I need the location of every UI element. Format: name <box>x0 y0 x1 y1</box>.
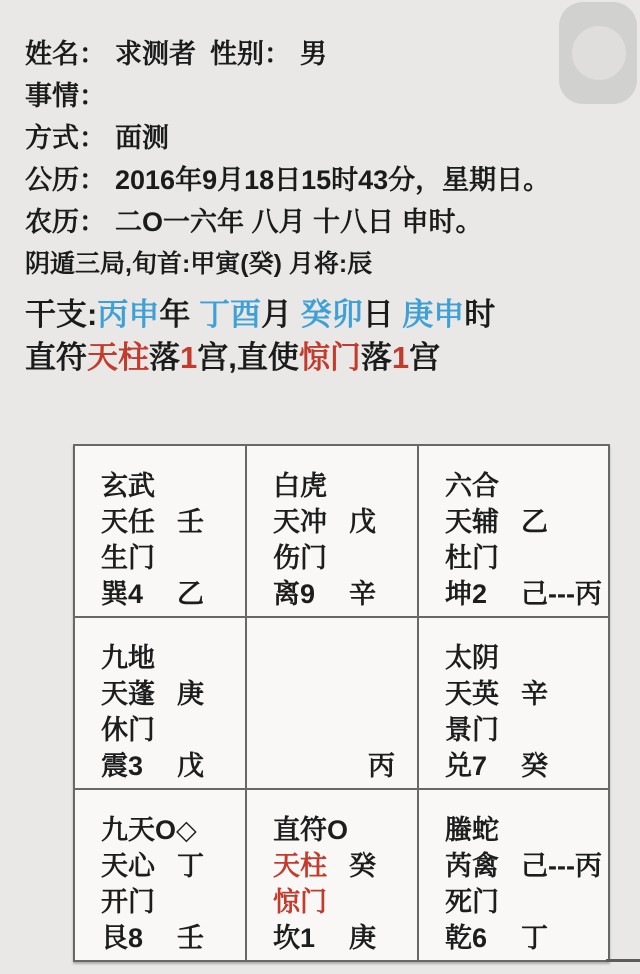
gender-value: 男 <box>300 39 327 69</box>
method-label: 方式： <box>25 123 106 153</box>
day-suffix: 日 <box>363 297 403 332</box>
door-name: 景门 <box>445 712 602 748</box>
center-palace-stem: 丙 <box>368 748 395 784</box>
zhifu-text-2: 落 <box>149 340 180 375</box>
palace-stem: 乙 <box>177 576 204 612</box>
star-name-highlighted: 天柱 <box>273 848 349 884</box>
palace-name: 巽4 <box>101 576 177 612</box>
palace-stem: 庚 <box>349 920 376 956</box>
star-name: 芮禽 <box>445 848 521 884</box>
zhifu-text-1: 直符 <box>25 340 87 375</box>
qimen-chart-page: 姓名：求测者性别：男 事情： 方式：面测 公历：2016年9月18日15时43分… <box>0 0 640 974</box>
palace-name: 震3 <box>101 748 177 784</box>
zhifu-text-3: 宫,直使 <box>197 340 299 375</box>
star-line: 天蓬庚 <box>101 676 239 712</box>
case-info-block: 姓名：求测者性别：男 事情： 方式：面测 公历：2016年9月18日15时43分… <box>25 33 550 285</box>
star-line: 芮禽己---丙 <box>445 848 602 884</box>
palace-line: 坎1庚 <box>273 920 411 956</box>
palace-name: 乾6 <box>445 920 521 956</box>
camera-watermark-lens-icon <box>572 26 626 80</box>
door-name-highlighted: 惊门 <box>273 884 411 920</box>
palace-line: 巽4乙 <box>101 576 239 612</box>
zhishi-palace-number: 1 <box>392 340 409 375</box>
star-line: 天冲戊 <box>273 504 411 540</box>
star-stem: 癸 <box>349 848 376 884</box>
palace-line: 坤2己---丙 <box>445 576 602 612</box>
palace-line: 乾6丁 <box>445 920 602 956</box>
hour-suffix: 时 <box>464 297 495 332</box>
qimen-nine-palace-grid: 玄武 天任壬 生门 巽4乙 白虎 天冲戊 伤门 离9辛 六合 天辅乙 杜门 坤2… <box>73 444 610 962</box>
month-pillar: 丁酉 <box>199 297 261 332</box>
palace-name: 兑7 <box>445 748 521 784</box>
god-name: 玄武 <box>101 468 239 504</box>
lunar-value: 二O一六年 八月 十八日 申时。 <box>115 207 483 237</box>
star-line: 天心丁 <box>101 848 239 884</box>
palace-stem: 辛 <box>349 576 376 612</box>
palace-cell-kan1-zhifu: 直符O 天柱癸 惊门 坎1庚 <box>247 790 417 960</box>
palace-line: 震3戊 <box>101 748 239 784</box>
matter-line: 事情： <box>25 75 550 117</box>
door-name: 杜门 <box>445 540 602 576</box>
door-name: 休门 <box>101 712 239 748</box>
palace-cell-center5: 丙 <box>247 618 417 788</box>
star-line: 天任壬 <box>101 504 239 540</box>
god-name: 白虎 <box>273 468 411 504</box>
palace-name: 离9 <box>273 576 349 612</box>
star-line: 天英辛 <box>445 676 602 712</box>
zhishi-door: 惊门 <box>299 340 361 375</box>
god-name: 直符O <box>273 812 411 848</box>
star-stem: 乙 <box>521 504 548 540</box>
star-line: 天辅乙 <box>445 504 602 540</box>
ganzhi-line: 干支:丙申年 丁酉月 癸卯日 庚申时 <box>25 293 495 336</box>
star-stem: 丁 <box>177 848 204 884</box>
palace-line: 离9辛 <box>273 576 411 612</box>
gender-label: 性别： <box>210 39 291 69</box>
bottom-divider <box>606 959 640 962</box>
palace-cell-zhen3: 九地 天蓬庚 休门 震3戊 <box>75 618 245 788</box>
hour-pillar: 庚申 <box>402 297 464 332</box>
palace-cell-gen8: 九天O◇ 天心丁 开门 艮8壬 <box>75 790 245 960</box>
star-stem: 辛 <box>521 676 548 712</box>
star-name: 天任 <box>101 504 177 540</box>
matter-label: 事情： <box>25 81 106 111</box>
method-line: 方式：面测 <box>25 117 550 159</box>
method-value: 面测 <box>115 123 169 153</box>
palace-stem: 己---丙 <box>521 576 602 612</box>
star-name: 天蓬 <box>101 676 177 712</box>
star-stem: 戊 <box>349 504 376 540</box>
zhifu-text-5: 宫 <box>409 340 440 375</box>
year-suffix: 年 <box>159 297 199 332</box>
month-suffix: 月 <box>261 297 301 332</box>
palace-line: 兑7癸 <box>445 748 602 784</box>
palace-cell-xun4: 玄武 天任壬 生门 巽4乙 <box>75 446 245 616</box>
god-name: 螣蛇 <box>445 812 602 848</box>
star-stem: 庚 <box>177 676 204 712</box>
zhifu-text-4: 落 <box>361 340 392 375</box>
god-name: 六合 <box>445 468 602 504</box>
year-pillar: 丙申 <box>97 297 159 332</box>
palace-cell-qian6: 螣蛇 芮禽己---丙 死门 乾6丁 <box>419 790 608 960</box>
door-name: 伤门 <box>273 540 411 576</box>
door-name: 开门 <box>101 884 239 920</box>
star-stem: 壬 <box>177 504 204 540</box>
palace-stem: 戊 <box>177 748 204 784</box>
palace-name: 坤2 <box>445 576 521 612</box>
solar-label: 公历： <box>25 165 106 195</box>
star-line: 天柱癸 <box>273 848 411 884</box>
solar-value: 2016年9月18日15时43分，星期日。 <box>115 165 550 195</box>
name-gender-line: 姓名：求测者性别：男 <box>25 33 550 75</box>
palace-stem: 壬 <box>177 920 204 956</box>
door-name: 生门 <box>101 540 239 576</box>
star-name: 天心 <box>101 848 177 884</box>
palace-stem: 丁 <box>521 920 548 956</box>
day-pillar: 癸卯 <box>301 297 363 332</box>
door-name: 死门 <box>445 884 602 920</box>
lunar-date-line: 农历：二O一六年 八月 十八日 申时。 <box>25 201 550 243</box>
star-stem: 己---丙 <box>521 848 602 884</box>
zhifu-star: 天柱 <box>87 340 149 375</box>
star-name: 天冲 <box>273 504 349 540</box>
star-name: 天英 <box>445 676 521 712</box>
ju-info-line: 阴遁三局,旬首:甲寅(癸) 月将:辰 <box>25 243 550 285</box>
zhifu-zhishi-line: 直符天柱落1宫,直使惊门落1宫 <box>25 336 495 379</box>
palace-name: 坎1 <box>273 920 349 956</box>
palace-cell-kun2: 六合 天辅乙 杜门 坤2己---丙 <box>419 446 608 616</box>
name-value: 求测者 <box>115 39 196 69</box>
zhifu-palace-number: 1 <box>180 340 197 375</box>
god-name: 九地 <box>101 640 239 676</box>
palace-cell-li9: 白虎 天冲戊 伤门 离9辛 <box>247 446 417 616</box>
palace-stem: 癸 <box>521 748 548 784</box>
palace-name: 艮8 <box>101 920 177 956</box>
lunar-label: 农历： <box>25 207 106 237</box>
god-name: 九天O◇ <box>101 812 239 848</box>
name-label: 姓名： <box>25 39 106 69</box>
god-name: 太阴 <box>445 640 602 676</box>
star-name: 天辅 <box>445 504 521 540</box>
solar-date-line: 公历：2016年9月18日15时43分，星期日。 <box>25 159 550 201</box>
ganzhi-zhifu-block: 干支:丙申年 丁酉月 癸卯日 庚申时 直符天柱落1宫,直使惊门落1宫 <box>25 293 495 379</box>
ganzhi-prefix: 干支: <box>25 297 97 332</box>
palace-cell-dui7: 太阴 天英辛 景门 兑7癸 <box>419 618 608 788</box>
palace-line: 艮8壬 <box>101 920 239 956</box>
